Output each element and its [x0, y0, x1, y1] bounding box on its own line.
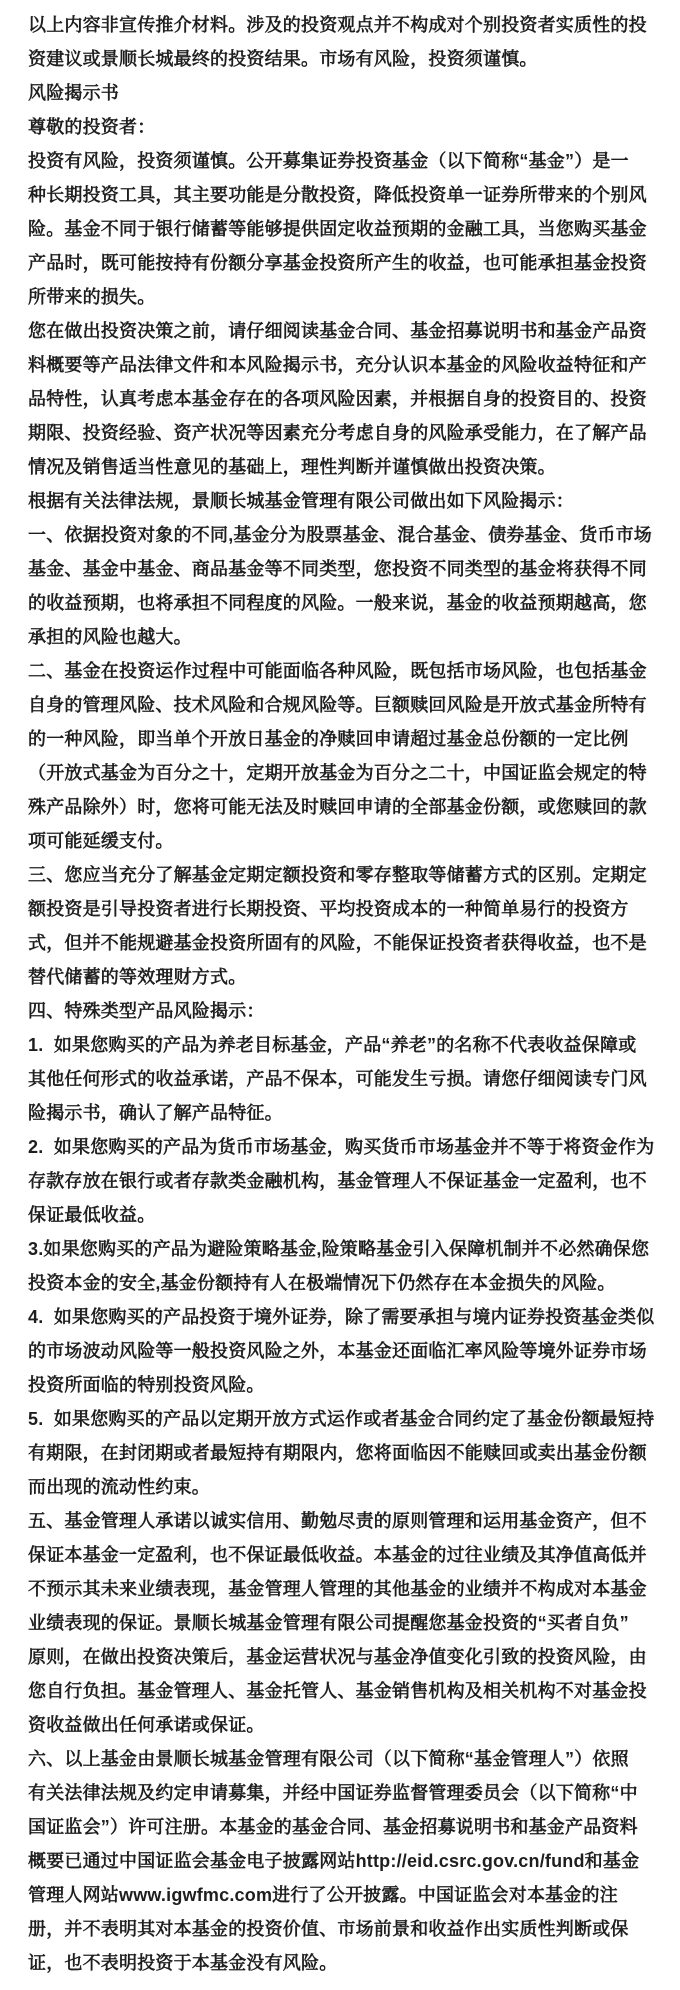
text-line: 六、以上基金由景顺长城基金管理有限公司（以下简称“基金管理人”）依照: [28, 1742, 652, 1776]
text-line: 管理人网站www.igwfmc.com进行了公开披露。中国证监会对本基金的注: [28, 1878, 652, 1912]
text-line: 资建议或景顺长城最终的投资结果。市场有风险，投资须谨慎。: [28, 42, 652, 76]
text-line: 产品时，既可能按持有份额分享基金投资所产生的收益，也可能承担基金投资: [28, 246, 652, 280]
text-line: 项可能延缓支付。: [28, 824, 652, 858]
text-line: 投资本金的安全,基金份额持有人在极端情况下仍然存在本金损失的风险。: [28, 1266, 652, 1300]
text-line: 的市场波动风险等一般投资风险之外，本基金还面临汇率风险等境外证券市场: [28, 1334, 652, 1368]
text-line: 投资所面临的特别投资风险。: [28, 1368, 652, 1402]
text-line: 的一种风险，即当单个开放日基金的净赎回申请超过基金总份额的一定比例: [28, 722, 652, 756]
text-line: 额投资是引导投资者进行长期投资、平均投资成本的一种简单易行的投资方: [28, 892, 652, 926]
text-line: 有期限，在封闭期或者最短持有期限内，您将面临因不能赎回或卖出基金份额: [28, 1436, 652, 1470]
text-line: 所带来的损失。: [28, 280, 652, 314]
text-line: 存款存放在银行或者存款类金融机构，基金管理人不保证基金一定盈利，也不: [28, 1164, 652, 1198]
text-line: 以上内容非宣传推介材料。涉及的投资观点并不构成对个别投资者实质性的投: [28, 8, 652, 42]
risk-disclosure-document: 以上内容非宣传推介材料。涉及的投资观点并不构成对个别投资者实质性的投资建议或景顺…: [0, 0, 680, 1990]
text-line: 其他任何形式的收益承诺，产品不保本，可能发生亏损。请您仔细阅读专门风: [28, 1062, 652, 1096]
text-line: 2. 如果您购买的产品为货币市场基金，购买货币市场基金并不等于将资金作为: [28, 1130, 652, 1164]
text-line: 有关法律法规及约定申请募集，并经中国证券监督管理委员会（以下简称“中: [28, 1776, 652, 1810]
text-line: 险。基金不同于银行储蓄等能够提供固定收益预期的金融工具，当您购买基金: [28, 212, 652, 246]
text-line: 原则，在做出投资决策后，基金运营状况与基金净值变化引致的投资风险，由: [28, 1640, 652, 1674]
text-line: 保证最低收益。: [28, 1198, 652, 1232]
text-line: 承担的风险也越大。: [28, 620, 652, 654]
text-line: 您自行负担。基金管理人、基金托管人、基金销售机构及相关机构不对基金投: [28, 1674, 652, 1708]
text-line: 册，并不表明其对本基金的投资价值、市场前景和收益作出实质性判断或保: [28, 1912, 652, 1946]
text-line: 业绩表现的保证。景顺长城基金管理有限公司提醒您基金投资的“买者自负”: [28, 1606, 652, 1640]
text-line: 品特性，认真考虑本基金存在的各项风险因素，并根据自身的投资目的、投资: [28, 382, 652, 416]
text-line: 四、特殊类型产品风险揭示：: [28, 994, 652, 1028]
text-line: 国证监会”）许可注册。本基金的基金合同、基金招募说明书和基金产品资料: [28, 1810, 652, 1844]
text-line: 根据有关法律法规，景顺长城基金管理有限公司做出如下风险揭示：: [28, 484, 652, 518]
text-line: 基金、基金中基金、商品基金等不同类型，您投资不同类型的基金将获得不同: [28, 552, 652, 586]
text-line: 殊产品除外）时，您将可能无法及时赎回申请的全部基金份额，或您赎回的款: [28, 790, 652, 824]
text-line: 您在做出投资决策之前，请仔细阅读基金合同、基金招募说明书和基金产品资: [28, 314, 652, 348]
text-line: 替代储蓄的等效理财方式。: [28, 960, 652, 994]
text-line: 二、基金在投资运作过程中可能面临各种风险，既包括市场风险，也包括基金: [28, 654, 652, 688]
text-line: 期限、投资经验、资产状况等因素充分考虑自身的风险承受能力，在了解产品: [28, 416, 652, 450]
text-line: 5. 如果您购买的产品以定期开放方式运作或者基金合同约定了基金份额最短持: [28, 1402, 652, 1436]
text-line: 证，也不表明投资于本基金没有风险。: [28, 1946, 652, 1980]
text-line: （开放式基金为百分之十，定期开放基金为百分之二十，中国证监会规定的特: [28, 756, 652, 790]
text-line: 3.如果您购买的产品为避险策略基金,险策略基金引入保障机制并不必然确保您: [28, 1232, 652, 1266]
text-line: 险揭示书，确认了解产品特征。: [28, 1096, 652, 1130]
text-line: 而出现的流动性约束。: [28, 1470, 652, 1504]
text-line: 五、基金管理人承诺以诚实信用、勤勉尽责的原则管理和运用基金资产，但不: [28, 1504, 652, 1538]
text-line: 1. 如果您购买的产品为养老目标基金，产品“养老”的名称不代表收益保障或: [28, 1028, 652, 1062]
text-line: 自身的管理风险、技术风险和合规风险等。巨额赎回风险是开放式基金所特有: [28, 688, 652, 722]
text-line: 4. 如果您购买的产品投资于境外证券，除了需要承担与境内证券投资基金类似: [28, 1300, 652, 1334]
text-line: 式，但并不能规避基金投资所固有的风险，不能保证投资者获得收益，也不是: [28, 926, 652, 960]
text-line: 保证本基金一定盈利，也不保证最低收益。本基金的过往业绩及其净值高低并: [28, 1538, 652, 1572]
text-line: 风险揭示书: [28, 76, 652, 110]
document-body: 以上内容非宣传推介材料。涉及的投资观点并不构成对个别投资者实质性的投资建议或景顺…: [28, 8, 652, 1980]
text-line: 概要已通过中国证监会基金电子披露网站http://eid.csrc.gov.cn…: [28, 1844, 652, 1878]
text-line: 不预示其未来业绩表现，基金管理人管理的其他基金的业绩并不构成对本基金: [28, 1572, 652, 1606]
text-line: 的收益预期，也将承担不同程度的风险。一般来说，基金的收益预期越高，您: [28, 586, 652, 620]
text-line: 三、您应当充分了解基金定期定额投资和零存整取等储蓄方式的区别。定期定: [28, 858, 652, 892]
text-line: 尊敬的投资者：: [28, 110, 652, 144]
text-line: 料概要等产品法律文件和本风险揭示书，充分认识本基金的风险收益特征和产: [28, 348, 652, 382]
text-line: 种长期投资工具，其主要功能是分散投资，降低投资单一证券所带来的个别风: [28, 178, 652, 212]
text-line: 资收益做出任何承诺或保证。: [28, 1708, 652, 1742]
text-line: 情况及销售适当性意见的基础上，理性判断并谨慎做出投资决策。: [28, 450, 652, 484]
text-line: 投资有风险，投资须谨慎。公开募集证券投资基金（以下简称“基金”）是一: [28, 144, 652, 178]
text-line: 一、依据投资对象的不同,基金分为股票基金、混合基金、债券基金、货币市场: [28, 518, 652, 552]
